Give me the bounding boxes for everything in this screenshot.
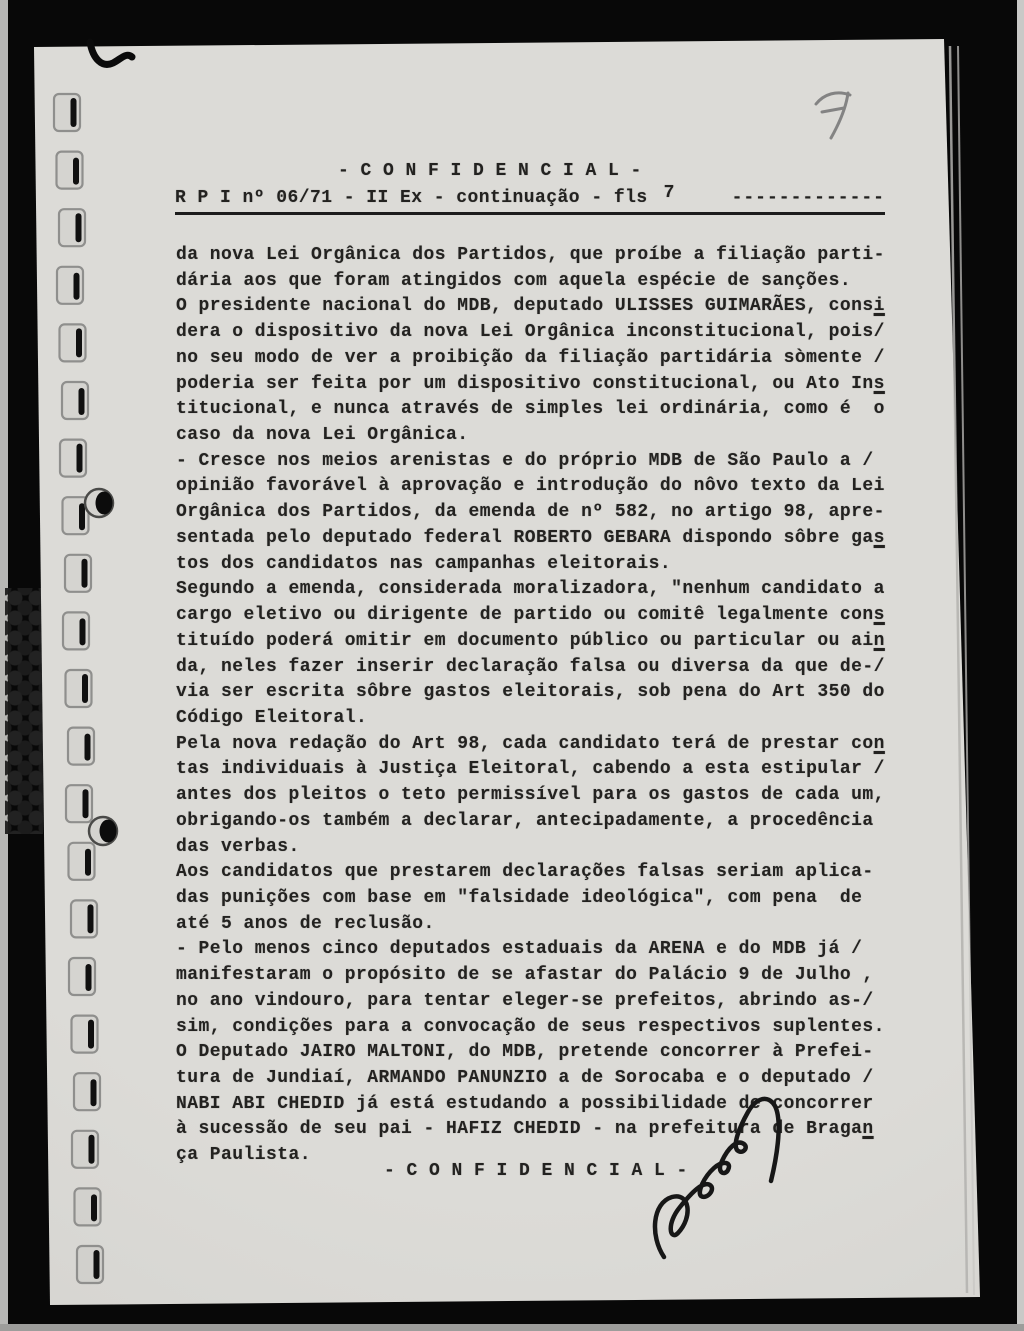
scanner-edge-bottom: [0, 1324, 1024, 1331]
document-body: da nova Lei Orgânica dos Partidos, que p…: [176, 243, 896, 1169]
typed-line: Orgânica dos Partidos, da emenda de nº 5…: [176, 500, 896, 526]
scanner-texture: [5, 588, 43, 834]
typed-line: dária aos que foram atingidos com aquela…: [176, 269, 896, 295]
typed-line: sim, condições para a convocação de seus…: [176, 1015, 896, 1041]
document-page: - C O N F I D E N C I A L - R P I nº 06/…: [0, 0, 1024, 1331]
typed-line: poderia ser feita por um dispositivo con…: [176, 372, 896, 398]
typed-line: Pela nova redação do Art 98, cada candid…: [176, 732, 896, 758]
typed-line: titucional, e nunca através de simples l…: [176, 397, 896, 423]
typed-line: - Pelo menos cinco deputados estaduais d…: [176, 937, 896, 963]
classification-header: - C O N F I D E N C I A L -: [338, 161, 642, 181]
typed-line: tura de Jundiaí, ARMANDO PANUNZIO a de S…: [176, 1066, 896, 1092]
typed-line: tas individuais à Justiça Eleitoral, cab…: [176, 757, 896, 783]
typed-line: obrigando-os também a declarar, antecipa…: [176, 809, 896, 835]
typed-line: no ano vindouro, para tentar eleger-se p…: [176, 989, 896, 1015]
scanned-document: - C O N F I D E N C I A L - R P I nº 06/…: [0, 0, 1024, 1331]
typed-line: à sucessão de seu pai - HAFIZ CHEDID - n…: [176, 1117, 896, 1143]
scanner-edge-right: [1017, 0, 1024, 1331]
typed-line: caso da nova Lei Orgânica.: [176, 423, 896, 449]
typed-line: da, neles fazer inserir declaração falsa…: [176, 655, 896, 681]
typed-line: - Cresce nos meios arenistas e do própri…: [176, 449, 896, 475]
folio-number: 7: [664, 183, 675, 203]
typed-line: das verbas.: [176, 835, 896, 861]
typed-line: até 5 anos de reclusão.: [176, 912, 896, 938]
typed-line: Código Eleitoral.: [176, 706, 896, 732]
typed-line: NABI ABI CHEDID já está estudando a poss…: [176, 1092, 896, 1118]
typed-line: O presidente nacional do MDB, deputado U…: [176, 294, 896, 320]
typed-line: da nova Lei Orgânica dos Partidos, que p…: [176, 243, 896, 269]
typed-line: das punições com base em "falsidade ideo…: [176, 886, 896, 912]
typed-line: tos dos candidatos nas campanhas eleitor…: [176, 552, 896, 578]
reference-line: R P I nº 06/71 - II Ex - continuação - f…: [175, 188, 885, 215]
typed-line: Aos candidatos que prestarem declarações…: [176, 860, 896, 886]
typed-line: dera o dispositivo da nova Lei Orgânica …: [176, 320, 896, 346]
typed-line: via ser escrita sôbre gastos eleitorais,…: [176, 680, 896, 706]
typed-line: manifestaram o propósito de se afastar d…: [176, 963, 896, 989]
typed-line: O Deputado JAIRO MALTONI, do MDB, preten…: [176, 1040, 896, 1066]
typed-line: tituído poderá omitir em documento públi…: [176, 629, 896, 655]
typed-line: opinião favorável à aprovação e introduç…: [176, 474, 896, 500]
typewritten-layer: - C O N F I D E N C I A L - R P I nº 06/…: [0, 0, 1024, 1331]
typed-line: Segundo a emenda, considerada moralizado…: [176, 577, 896, 603]
typed-line: sentada pelo deputado federal ROBERTO GE…: [176, 526, 896, 552]
reference-text: R P I nº 06/71 - II Ex - continuação - f…: [175, 188, 648, 208]
classification-footer: - C O N F I D E N C I A L -: [384, 1161, 688, 1181]
trailing-dashes: -------------: [732, 188, 885, 208]
typed-line: no seu modo de ver a proibição da filiaç…: [176, 346, 896, 372]
typed-line: antes dos pleitos o teto permissível par…: [176, 783, 896, 809]
typed-line: cargo eletivo ou dirigente de partido ou…: [176, 603, 896, 629]
